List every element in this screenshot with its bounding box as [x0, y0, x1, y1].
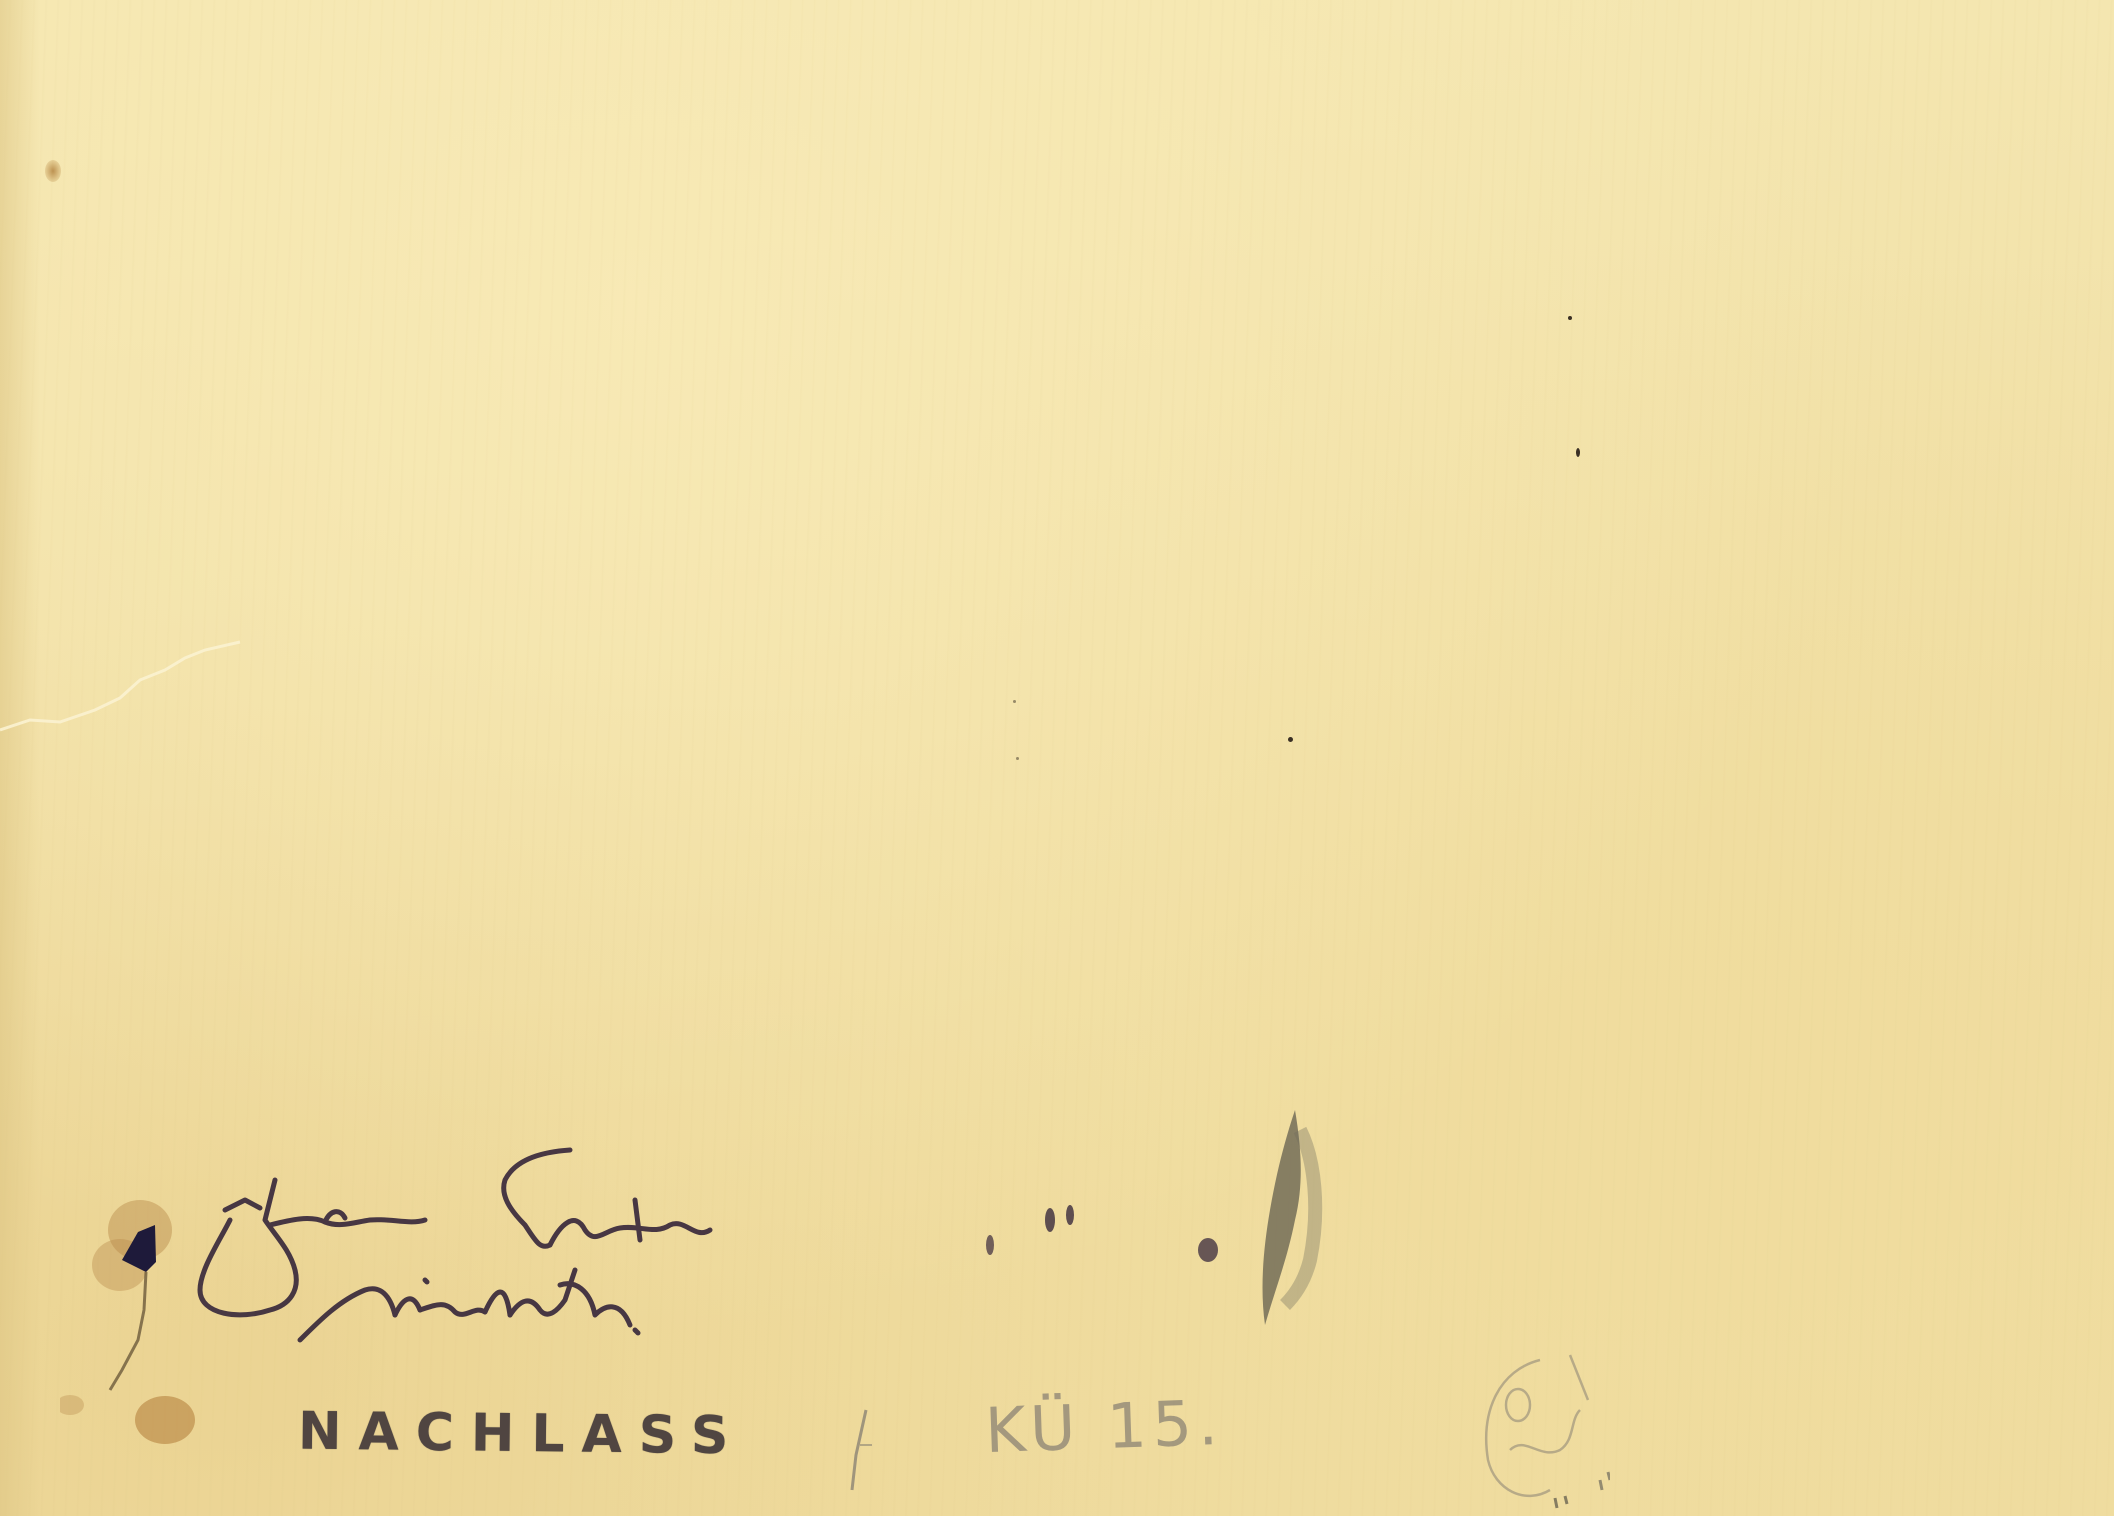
circled-monogram-mark	[1470, 1340, 1610, 1510]
pencil-tick	[838, 1405, 878, 1495]
graphite-smudge	[1225, 1100, 1335, 1330]
paper-sheet: NACHLASS KÜ 15.	[0, 0, 2114, 1516]
handwritten-signature	[180, 1130, 910, 1360]
paper-speck	[1288, 737, 1293, 742]
foxing-stain	[45, 160, 61, 182]
paper-speck	[1013, 700, 1016, 703]
ink-dots	[960, 1180, 1220, 1280]
paper-speck	[1576, 448, 1580, 457]
paper-speck	[1568, 316, 1572, 320]
paper-speck	[1016, 757, 1019, 760]
inventory-number: KÜ 15.	[984, 1386, 1225, 1467]
left-edge-shade	[0, 0, 40, 1516]
nachlass-stamp: NACHLASS	[298, 1402, 746, 1467]
